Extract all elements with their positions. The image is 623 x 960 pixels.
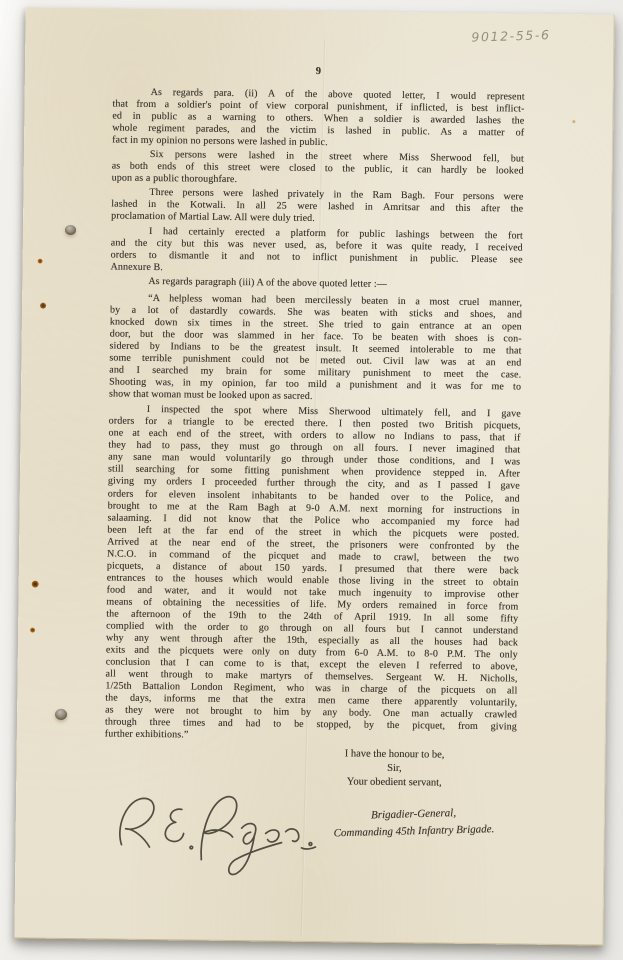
rust-spot xyxy=(40,303,46,309)
signature-title: Brigadier-General, Commanding 45th Infan… xyxy=(263,803,564,845)
rust-spot xyxy=(38,259,43,264)
closing: I have the honour to be, Sir, Your obedi… xyxy=(272,747,516,792)
document-photo: 9012-55-6 9 As regards para. (ii) A of t… xyxy=(0,0,623,960)
punch-hole-bottom xyxy=(55,709,67,720)
paragraph: “A helpless woman had been mercilessly b… xyxy=(109,292,522,405)
paragraph: As regards para. (ii) A of the above quo… xyxy=(112,87,525,152)
punch-hole-top xyxy=(65,225,76,235)
signature-block: Brigadier-General, Commanding 45th Infan… xyxy=(103,787,517,922)
foxing-speck xyxy=(572,120,575,123)
text-line: As regards paragraph (iii) A of the abov… xyxy=(110,275,522,292)
page-number: 9 xyxy=(113,64,525,80)
paragraph: Six persons were lashed in the street wh… xyxy=(112,149,524,190)
paragraph: I inspected the spot where Miss Sherwood… xyxy=(105,404,521,746)
paper: 9012-55-6 9 As regards para. (ii) A of t… xyxy=(14,7,614,945)
paragraph: I had certainly erected a platform for p… xyxy=(110,225,523,278)
letter-content: 9 As regards para. (ii) A of the above q… xyxy=(103,9,526,922)
letter-body: As regards para. (ii) A of the above quo… xyxy=(105,87,525,746)
paragraph: Three persons were lashed privately in t… xyxy=(111,187,523,228)
rust-spot xyxy=(32,581,39,588)
paragraph: As regards paragraph (iii) A of the abov… xyxy=(110,275,522,292)
rust-spot xyxy=(30,628,35,633)
